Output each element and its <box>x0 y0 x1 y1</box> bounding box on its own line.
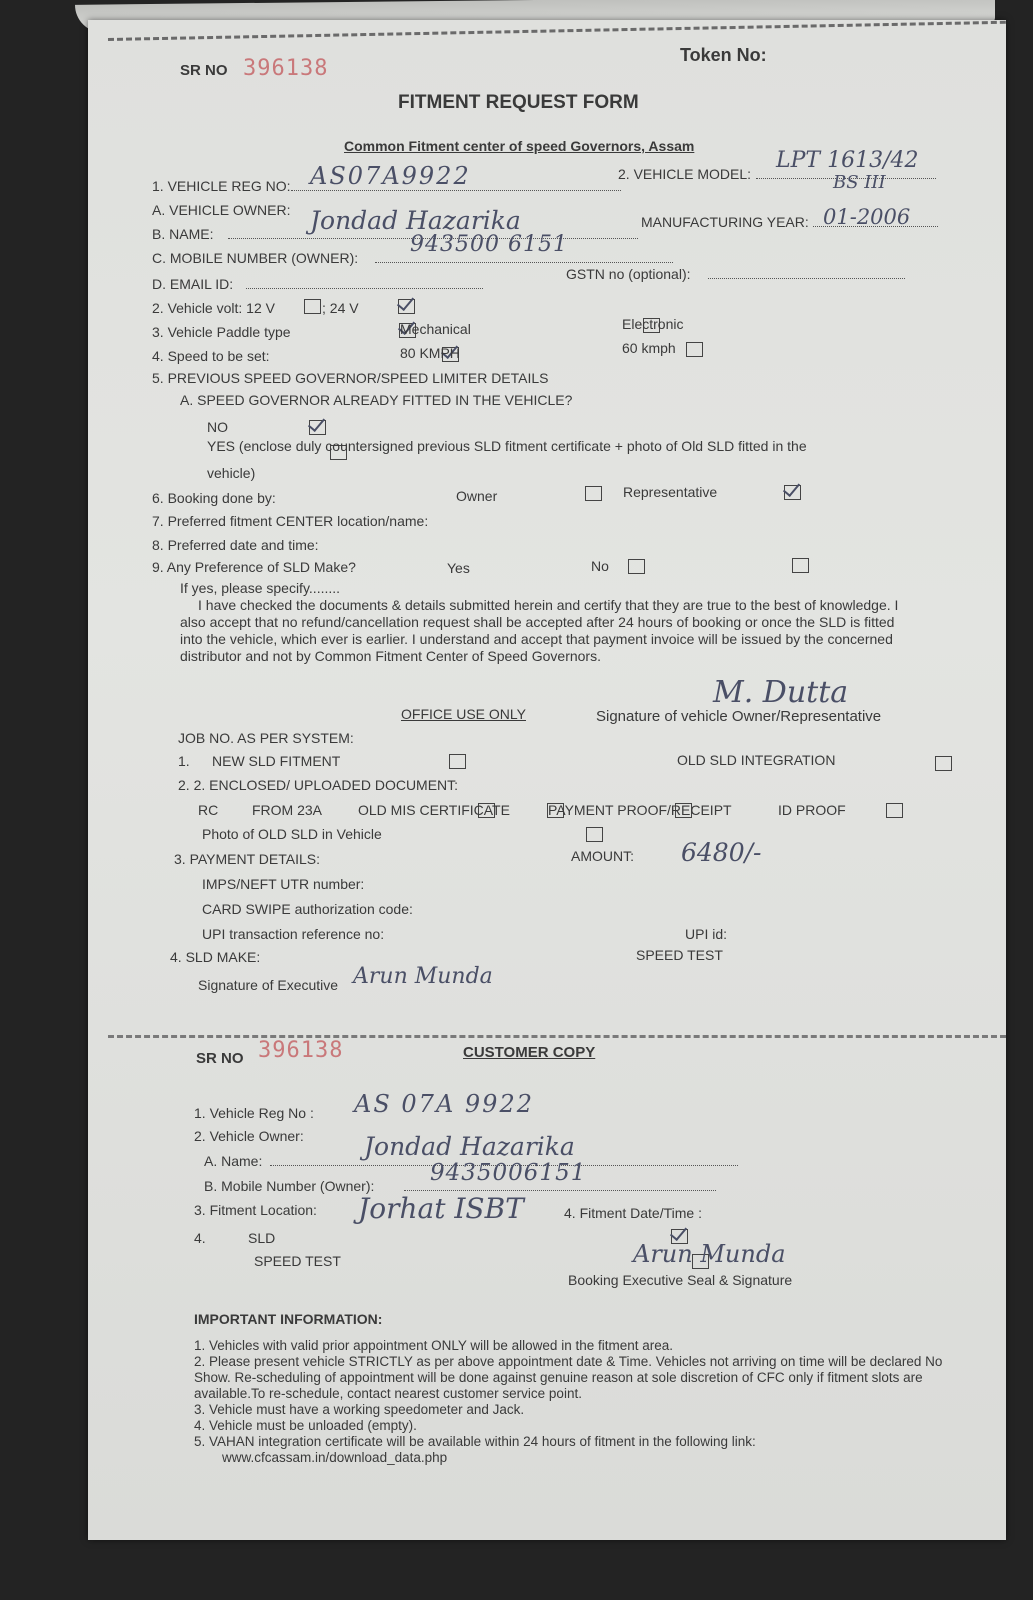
vahan-download-link[interactable]: www.cfcassam.in/download_data.php <box>194 1450 954 1466</box>
doc-photo-old-sld-label: Photo of OLD SLD in Vehicle <box>202 826 382 842</box>
booking-executive-label: Booking Executive Seal & Signature <box>568 1272 792 1288</box>
customer-sld-label: SLD <box>248 1230 275 1246</box>
customer-name-value: Jondad Hazarika <box>364 1132 575 1161</box>
important-info-list: 1. Vehicles with valid prior appointment… <box>194 1338 954 1466</box>
customer-sr-no-label: SR NO <box>196 1050 244 1067</box>
gstn-label: GSTN no (optional): <box>566 266 691 282</box>
upi-reference-label: UPI transaction reference no: <box>202 926 384 942</box>
speed-60-label: 60 kmph <box>622 340 676 356</box>
manufacturing-year-label: MANUFACTURING YEAR: <box>641 214 809 230</box>
governor-fitted-question: A. SPEED GOVERNOR ALREADY FITTED IN THE … <box>180 392 572 408</box>
booking-representative-checkbox[interactable] <box>784 485 801 500</box>
booking-done-by-label: 6. Booking done by: <box>152 490 276 506</box>
sr-no-label: SR NO <box>180 62 228 79</box>
paddle-type-label: 3. Vehicle Paddle type <box>152 324 291 340</box>
preferred-date-label: 8. Preferred date and time: <box>152 537 319 553</box>
fitment-request-form-sheet: SR NO 396138 Token No: FITMENT REQUEST F… <box>88 20 1006 1540</box>
upi-id-label: UPI id: <box>685 926 727 942</box>
customer-sr-no-value: 396138 <box>258 1038 343 1063</box>
customer-reg-label: 1. Vehicle Reg No : <box>194 1105 314 1121</box>
previous-governor-heading: 5. PREVIOUS SPEED GOVERNOR/SPEED LIMITER… <box>152 370 549 386</box>
fitment-date-label: 4. Fitment Date/Time : <box>564 1205 702 1221</box>
info-item: 5. VAHAN integration certificate will be… <box>194 1434 954 1450</box>
booking-owner-label: Owner <box>456 488 497 504</box>
form-title: FITMENT REQUEST FORM <box>398 92 639 114</box>
perforation-line-middle <box>108 1035 1006 1038</box>
amount-value: 6480/- <box>681 838 762 867</box>
vehicle-reg-value[interactable]: AS07A9922 <box>310 162 471 190</box>
sld-preference-label: 9. Any Preference of SLD Make? <box>152 559 356 575</box>
vehicle-model-label: 2. VEHICLE MODEL: <box>618 166 751 182</box>
doc-form23a-label: FROM 23A <box>252 802 322 818</box>
governor-yes-label: YES (enclose duly countersigned previous… <box>207 438 807 454</box>
doc-rc-label: RC <box>198 802 218 818</box>
preferred-center-label: 7. Preferred fitment CENTER location/nam… <box>152 513 428 529</box>
governor-yes-label-cont: vehicle) <box>207 465 255 481</box>
job-no-label: JOB NO. AS PER SYSTEM: <box>178 730 354 746</box>
owner-name-value[interactable]: Jondad Hazarika <box>310 206 521 235</box>
customer-reg-value: AS 07A 9922 <box>354 1090 534 1118</box>
executive-signature-label: Signature of Executive <box>198 977 338 993</box>
amount-label: AMOUNT: <box>571 848 634 864</box>
payment-details-label: 3. PAYMENT DETAILS: <box>174 851 320 867</box>
speed-label: 4. Speed to be set: <box>152 348 270 364</box>
customer-item4-prefix: 4. <box>194 1230 206 1246</box>
perforation-line-top <box>108 21 1006 41</box>
new-sld-fitment-checkbox[interactable] <box>449 754 466 769</box>
card-swipe-label: CARD SWIPE authorization code: <box>202 901 413 917</box>
sld-preference-yes-label: Yes <box>447 560 470 576</box>
speed-60-checkbox[interactable] <box>686 342 703 357</box>
vehicle-reg-label: 1. VEHICLE REG NO: <box>152 178 290 194</box>
customer-mobile-value: 9435006151 <box>430 1160 586 1186</box>
email-field[interactable] <box>246 276 483 289</box>
info-item: 3. Vehicle must have a working speedomet… <box>194 1402 954 1418</box>
sr-no-value: 396138 <box>243 56 328 81</box>
booking-owner-checkbox[interactable] <box>585 486 602 501</box>
old-sld-integration-label: OLD SLD INTEGRATION <box>677 752 835 768</box>
sld-preference-no-checkbox[interactable] <box>792 558 809 573</box>
doc-payment-proof-checkbox[interactable] <box>886 803 903 818</box>
mobile-label: C. MOBILE NUMBER (OWNER): <box>152 250 358 266</box>
governor-no-label: NO <box>207 419 228 435</box>
paddle-mechanical-label: Mechanical <box>400 321 471 337</box>
vehicle-volt-label: 2. Vehicle volt: 12 V <box>152 300 275 316</box>
new-sld-fitment-label: NEW SLD FITMENT <box>212 753 340 769</box>
sld-preference-yes-checkbox[interactable] <box>628 559 645 574</box>
office-use-heading: OFFICE USE ONLY <box>401 706 526 722</box>
fitment-location-label: 3. Fitment Location: <box>194 1202 317 1218</box>
customer-copy-heading: CUSTOMER COPY <box>463 1044 595 1061</box>
enclosed-docs-label: 2. 2. ENCLOSED/ UPLOADED DOCUMENT: <box>178 777 458 793</box>
sld-preference-specify: If yes, please specify........ <box>180 580 340 596</box>
info-item: 1. Vehicles with valid prior appointment… <box>194 1338 954 1354</box>
customer-speed-test-label: SPEED TEST <box>254 1253 341 1269</box>
doc-photo-old-sld-checkbox[interactable] <box>586 827 603 842</box>
paddle-electronic-label: Electronic <box>622 316 683 332</box>
doc-id-proof-label: ID PROOF <box>778 802 846 818</box>
vehicle-model-value[interactable]: LPT 1613/42 <box>776 148 918 173</box>
old-sld-integration-checkbox[interactable] <box>935 756 952 771</box>
info-item: 4. Vehicle must be unloaded (empty). <box>194 1418 954 1434</box>
customer-name-label: A. Name: <box>204 1153 262 1169</box>
vehicle-owner-label: A. VEHICLE OWNER: <box>152 202 290 218</box>
sld-preference-no-label: No <box>591 558 609 574</box>
governor-no-checkbox[interactable] <box>309 420 326 435</box>
doc-payment-proof-label: PAYMENT PROOF/RECEIPT <box>548 802 732 818</box>
customer-owner-label: 2. Vehicle Owner: <box>194 1128 304 1144</box>
owner-signature-label: Signature of vehicle Owner/Representativ… <box>596 708 881 725</box>
vehicle-model-value-2: BS III <box>833 172 886 193</box>
important-info-heading: IMPORTANT INFORMATION: <box>194 1311 382 1327</box>
new-sld-prefix: 1. <box>178 753 190 769</box>
declaration-text: I have checked the documents & details s… <box>180 597 915 665</box>
token-no-label: Token No: <box>680 45 767 66</box>
info-item: 2. Please present vehicle STRICTLY as pe… <box>194 1354 954 1402</box>
imps-neft-label: IMPS/NEFT UTR number: <box>202 876 364 892</box>
volt-24v-checkbox[interactable] <box>398 299 415 314</box>
booking-representative-label: Representative <box>623 484 717 500</box>
customer-mobile-label: B. Mobile Number (Owner): <box>204 1178 374 1194</box>
owner-signature: M. Dutta <box>713 675 848 710</box>
volt-24v-label: ; 24 V <box>322 300 359 316</box>
form-subtitle: Common Fitment center of speed Governors… <box>344 138 694 154</box>
gstn-field[interactable] <box>708 266 905 279</box>
mobile-value[interactable]: 943500 6151 <box>410 232 568 257</box>
executive-signature: Arun Munda <box>353 964 493 989</box>
fitment-location-value: Jorhat ISBT <box>358 1192 524 1225</box>
speed-80-label: 80 KMPH <box>400 345 460 361</box>
name-label: B. NAME: <box>152 226 213 242</box>
volt-12v-checkbox[interactable] <box>304 299 321 314</box>
speed-test-label: SPEED TEST <box>636 947 723 963</box>
email-label: D. EMAIL ID: <box>152 276 233 292</box>
sld-make-label: 4. SLD MAKE: <box>170 949 260 965</box>
doc-old-mis-label: OLD MIS CERTIFICATE <box>358 802 510 818</box>
booking-executive-signature: Arun Munda <box>633 1240 786 1268</box>
manufacturing-year-value[interactable]: 01-2006 <box>823 205 910 229</box>
